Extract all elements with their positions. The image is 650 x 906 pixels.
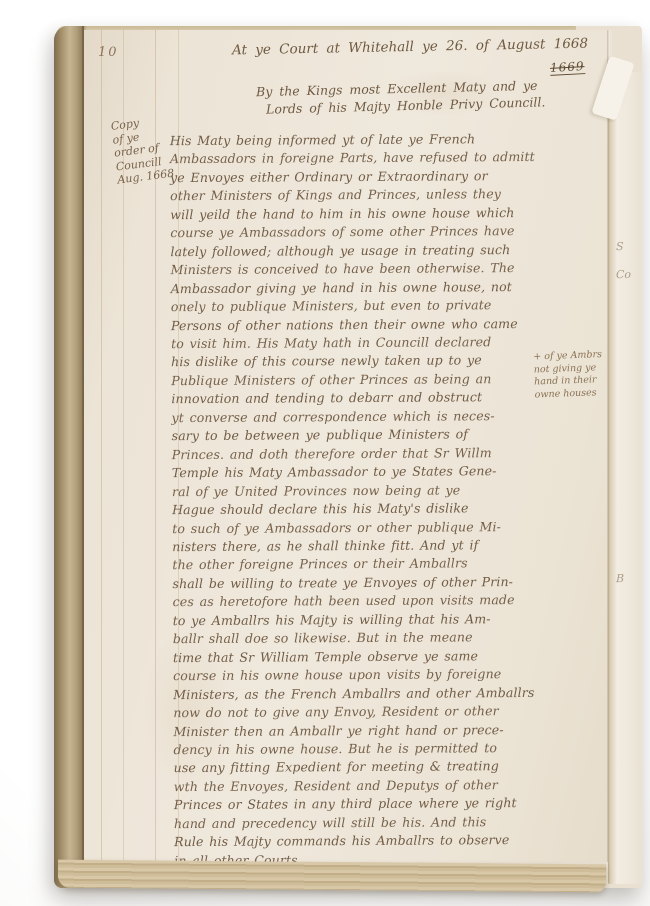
body-text-line: onely to publique Ministers, but even to… [171,296,551,317]
next-page-partial-text: B [616,572,624,585]
body-text-line: Publique Ministers of other Princes as b… [171,370,551,391]
body-text-line: hand and precedency will still be his. A… [174,813,554,834]
body-text-block: His Maty being informed yt of late ye Fr… [170,130,555,870]
folio-number: 10 [98,45,119,60]
body-text-line: Minister then an Amballr ye right hand o… [173,720,553,741]
body-text-line: to ye Amballrs his Majty is willing that… [173,610,553,631]
body-text-line: ballr shall doe so likewise. But in the … [173,628,553,649]
body-text-line: nisters there, as he shall thinke fitt. … [172,536,552,557]
body-text-line: ye Envoyes either Ordinary or Extraordin… [170,167,550,188]
body-text-line: lately followed; although ye usage in tr… [170,241,550,262]
next-page-sliver: SCoB [608,72,642,884]
body-text-line: other Ministers of Kings and Princes, un… [170,185,550,206]
body-text-line: Princes or States in any third place whe… [174,794,554,815]
body-text-line: time that Sr William Temple observe ye s… [173,647,553,668]
body-text-line: Rule his Majty commands his Amballrs to … [174,831,554,852]
body-text-line: yt converse and correspondence which is … [171,407,551,428]
header-dateline: At ye Court at Whitehall ye 26. of Augus… [232,36,588,59]
body-text-line: course ye Ambassadors of some other Prin… [170,222,550,243]
manuscript-book: 10 At ye Court at Whitehall ye 26. of Au… [54,26,642,888]
right-margin-note: + of ye Ambrsnot giving yehand in theiro… [533,349,619,402]
body-text-line: to such of ye Ambassadors or other publi… [172,517,552,538]
body-text-line: Ministers, as the French Amballrs and ot… [173,683,553,704]
body-text-line: Temple his Maty Ambassador to ye States … [172,462,552,483]
body-text-line: shall be willing to treate ye Envoyes of… [172,573,552,594]
body-text-line: will yeild the hand to him in his owne h… [170,204,550,225]
body-text-line: Ambassador giving ye hand in his owne ho… [171,277,551,298]
body-text-line: Hague should declare this his Maty's dis… [172,499,552,520]
body-text-line: sary to be between ye publique Ministers… [172,425,552,446]
body-text-line: Ministers is conceived to have been othe… [171,259,551,280]
body-text-line: ral of ye United Provinces now being at … [172,480,552,501]
book-binding-edge [54,26,84,888]
body-text-line: dency in his owne house. But he is permi… [173,739,553,760]
body-text-line: the other foreigne Princes or their Amba… [172,554,552,575]
manuscript-page: 10 At ye Court at Whitehall ye 26. of Au… [84,30,612,862]
body-text-line: wth the Envoyes, Resident and Deputys of… [174,776,554,797]
body-text-line: use any fitting Expedient for meeting & … [174,757,554,778]
body-text-line: to visit him. His Maty hath in Councill … [171,333,551,354]
body-text-line: His Maty being informed yt of late ye Fr… [170,130,550,151]
body-text-line: his dislike of this course newly taken u… [171,351,551,372]
photo-backdrop: 10 At ye Court at Whitehall ye 26. of Au… [0,0,650,906]
margin-rule-line [101,30,102,862]
next-page-partial-text: Co [616,268,631,281]
left-margin-note: Copyof yeorder ofCouncillAug. 1668. [110,113,178,187]
body-text-line: now do not to give any Envoy, Resident o… [173,702,553,723]
body-text-line: Princes. and doth therefore order that S… [172,444,552,465]
body-text-line: ces as heretofore hath been used upon vi… [173,591,553,612]
book-bottom-page-block-edge [58,860,606,893]
body-text-line: Ambassadors in foreigne Parts, have refu… [170,148,550,169]
body-text-line: Persons of other nations then their owne… [171,314,551,335]
body-text-line: course in his owne house upon visits by … [173,665,553,686]
struck-out-year: 1669 [550,59,585,76]
body-text-line: innovation and tending to debarr and obs… [171,388,551,409]
next-page-partial-text: S [616,240,624,253]
